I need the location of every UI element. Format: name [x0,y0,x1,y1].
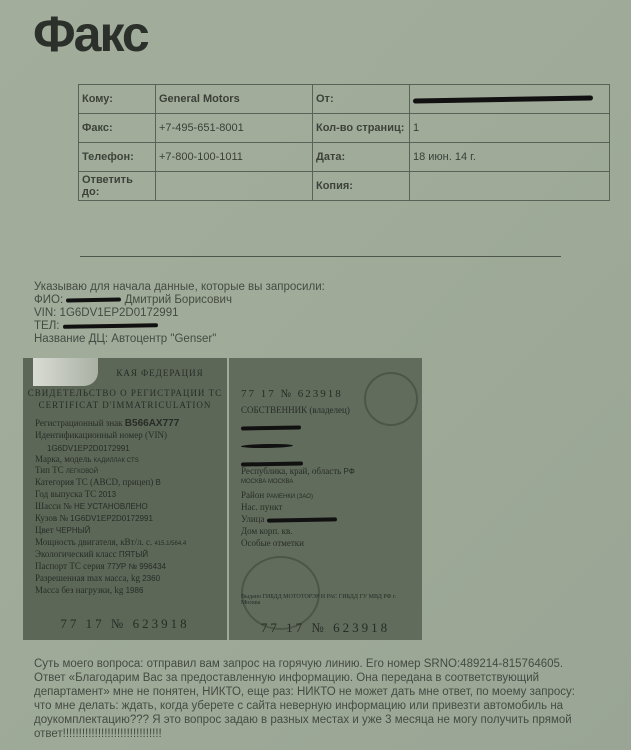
redaction-mark [63,323,158,329]
chassis-value: НЕ УСТАНОВЛЕНО [74,502,148,511]
field-label: Масса без нагрузки, kg [35,585,123,595]
field-label: Дом [241,526,257,536]
field-label: Паспорт ТС серия [35,561,105,571]
district-value: РАМЕНКИ (ЗАО) [266,494,313,500]
body-value: 1G6DV1EP2D0172991 [70,514,153,523]
fax-value: +7-495-651-8001 [156,114,313,143]
model-value: КАДИЛЛАК CTS [94,458,139,464]
copy-label: Копия: [313,172,410,201]
phone-value: +7-800-100-1011 [156,143,313,172]
date-value: 18 июн. 14 г. [410,143,610,172]
field-label: Экологический класс [35,549,117,559]
redaction-mark [66,297,121,302]
date-label: Дата: [313,143,410,172]
separator-line [80,256,561,257]
fio-value: Дмитрий Борисович [125,294,232,306]
curb-mass-value: 1986 [126,586,144,595]
from-value [410,85,610,114]
copy-value [410,172,610,201]
fax-cover-table: Кому: General Motors От: Факс: +7-495-65… [78,84,610,201]
type-value: ЛЕГКОВОЙ [66,469,98,475]
field-label: Кузов № [35,513,68,523]
field-label: Тип ТС [35,465,64,475]
redaction-mark [241,443,293,448]
reply-by-label: Ответить до: [79,172,156,201]
certificate-serial: 77 17 № 623918 [23,616,227,632]
color-value: ЧЕРНЫЙ [56,526,91,535]
certificate-title-ru: СВИДЕТЕЛЬСТВО О РЕГИСТРАЦИИ ТС [23,388,227,398]
redaction-mark [241,425,301,430]
field-label: Особые отметки [241,538,304,548]
country-header: КАЯ ФЕДЕРАЦИЯ [93,368,227,378]
registration-certificate-front: КАЯ ФЕДЕРАЦИЯ СВИДЕТЕЛЬСТВО О РЕГИСТРАЦИ… [23,358,227,640]
field-label: Шасси № [35,501,72,511]
eco-class-value: ПЯТЫЙ [119,550,148,559]
fio-line: ФИО: Дмитрий Борисович [34,294,325,307]
certificate-serial-top: 77 17 № 623918 [241,388,343,400]
intro-text: Указываю для начала данные, которые вы з… [34,281,325,294]
emblem-seal [364,372,418,426]
year-value: 2013 [98,490,116,499]
owner-heading: СОБСТВЕННИК (владелец) [241,405,350,415]
passport-value: 77УР № 996434 [107,562,166,571]
issued-by: Выдано ГИБДД МОТОТОРЭР И РАС ГИБДД ГУ МВ… [241,594,416,606]
max-mass-value: 2360 [142,574,160,583]
field-label: Категория ТС (ABCD, прицеп) [35,477,153,487]
to-value: General Motors [156,85,313,114]
fax-title: Факс [33,5,148,63]
plate-number: В566АХ777 [125,418,179,429]
registration-certificate-back: 77 17 № 623918 СОБСТВЕННИК (владелец) Ре… [229,358,422,640]
phone-label: Телефон: [79,143,156,172]
category-value: B [156,478,161,487]
vin-value: 1G6DV1EP2D0172991 [47,444,130,453]
table-row: Телефон: +7-800-100-1011 Дата: 18 июн. 1… [79,143,610,172]
stamp-seal [241,556,320,630]
dealer-line: Название ДЦ: Автоцентр "Genser" [34,333,325,346]
city-value: МОСКВА МОСКВА [241,479,293,485]
glare [33,358,98,386]
vin-line: VIN: 1G6DV1EP2D0172991 [34,307,325,320]
pages-label: Кол-во страниц: [313,114,410,143]
tel-line: ТЕЛ: [34,320,325,333]
to-label: Кому: [79,85,156,114]
pages-value: 1 [410,114,610,143]
field-label: Республика, край, область [241,466,341,476]
field-label: Нас. пункт [241,502,282,512]
field-label: Улица [241,514,264,524]
fax-label: Факс: [79,114,156,143]
field-label: Идентификационный номер (VIN) [35,430,167,440]
table-row: Ответить до: Копия: [79,172,610,201]
from-label: От: [313,85,410,114]
certificate-title-fr: CERTIFICAT D'IMMATRICULATION [23,400,227,410]
table-row: Кому: General Motors От: [79,85,610,114]
question-text: Суть моего вопроса: отправил вам запрос … [34,657,594,741]
field-label: Марка, модель [35,454,91,464]
reply-by-value [156,172,313,201]
redaction-mark [267,517,337,522]
region-value: РФ [344,467,355,476]
table-row: Факс: +7-495-651-8001 Кол-во страниц: 1 [79,114,610,143]
field-label: Район [241,490,264,500]
field-label: Цвет [35,525,54,535]
field-label: Мощность двигателя, кВт/л. с. [35,537,152,547]
field-label: Регистрационный знак [35,418,123,428]
power-value: 415.1/564.4 [154,541,186,547]
house-value: корп. кв. [259,526,292,536]
requested-data-block: Указываю для начала данные, которые вы з… [34,281,325,346]
certificate-serial-bottom: 77 17 № 623918 [229,620,422,636]
field-label: Разрешенная max масса, kg [35,573,140,583]
field-label: Год выпуска ТС [35,489,96,499]
redaction-mark [413,95,593,103]
